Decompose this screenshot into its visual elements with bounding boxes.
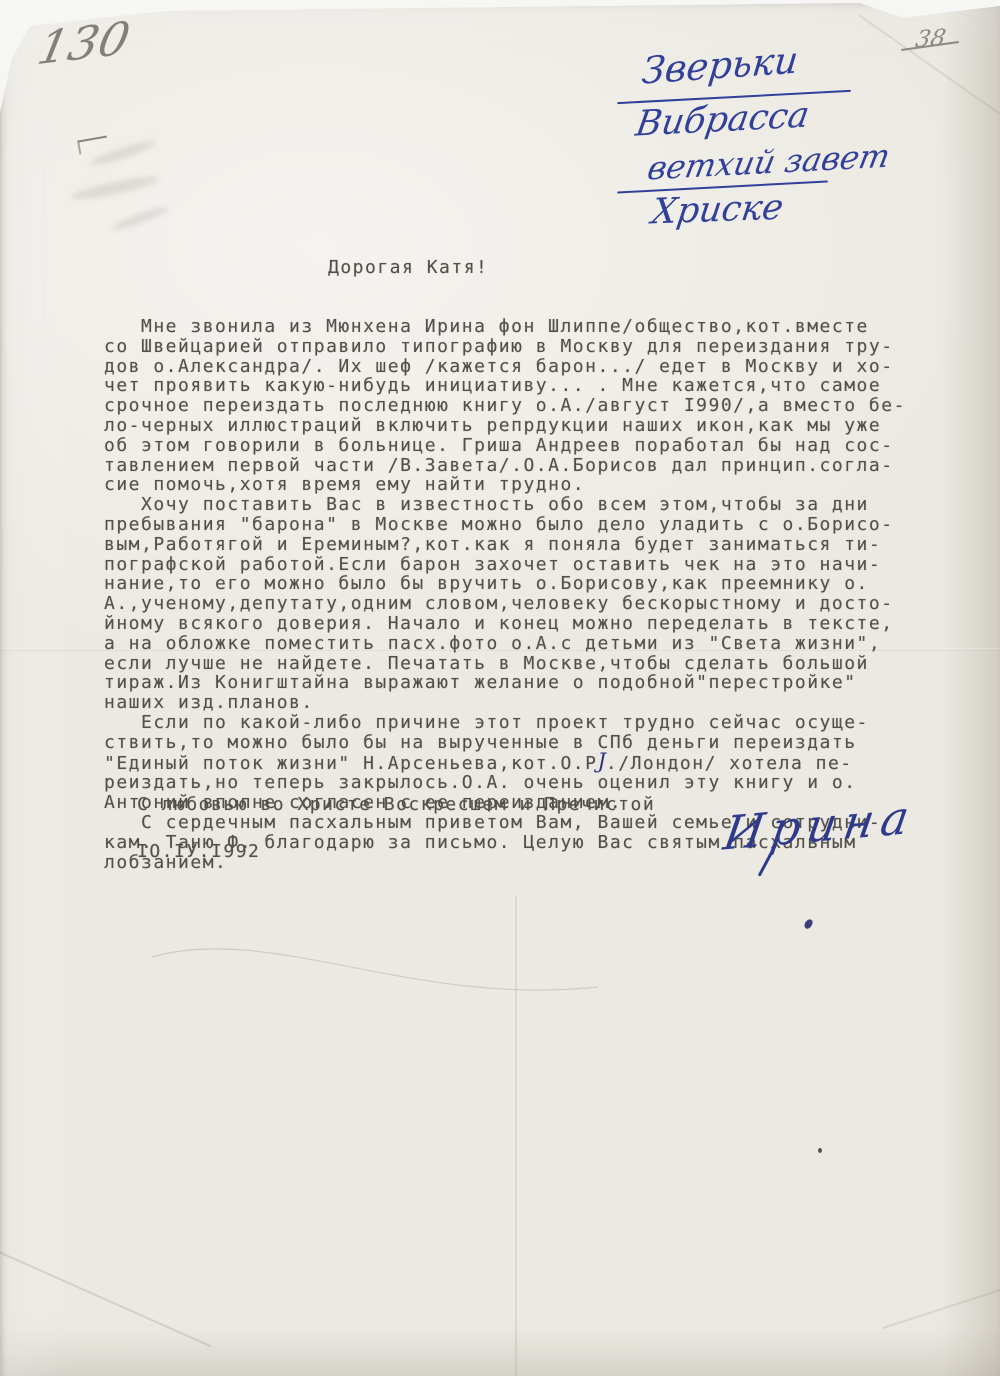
typed-line: Если по какой-либо причине этот проект т…	[104, 713, 906, 733]
crossed-out-page-number: 38	[913, 25, 947, 53]
typed-line: пребывания "барона" в Москве можно было …	[104, 515, 906, 535]
letter-lines: Мне звонила из Мюнхена Ирина фон Шлиппе/…	[104, 317, 906, 872]
typed-line: вым,Работягой и Ереминым?,кот.как я поня…	[104, 535, 906, 555]
typed-line: тавлением первой части /В.Завета/.О.А.Бо…	[104, 456, 906, 476]
typed-line: "Единый поток жизни" Н.Арсеньева,кот.О.Р…	[104, 753, 906, 774]
typed-line: реиздать,но теперь закрылось.О.А. очень …	[104, 773, 906, 793]
typed-line: А.,ученому,депутату,одним словом,человек…	[104, 594, 906, 614]
typed-line: Мне звонила из Мюнхена Ирина фон Шлиппе/…	[104, 317, 906, 337]
letter-valediction: С любовью во Христе Воскресшем и Пречист…	[104, 795, 655, 815]
letter-body: Дорогая Катя! Мне звонила из Мюнхена Ири…	[104, 218, 906, 892]
handwritten-correction-char: Ј	[597, 749, 605, 773]
typed-line: срочное переиздать последнюю книгу о.А./…	[104, 396, 906, 416]
typed-line: Хочу поставить Вас в известность обо все…	[104, 495, 906, 515]
typed-line: тираж.Из Конигштайна выражают желание о …	[104, 673, 906, 693]
typed-line: нание,то его можно было бы вручить о.Бор…	[104, 574, 906, 594]
letter-date: IO.IУ.I992	[104, 842, 260, 862]
typed-line: со Швейцарией отправило типографию в Мос…	[104, 337, 906, 357]
typed-line: если лучше не найдете. Печатать в Москве…	[104, 654, 906, 674]
typed-line: ствить,то можно было бы на вырученные в …	[104, 733, 906, 753]
letter-greeting: Дорогая Катя!	[104, 258, 906, 278]
typed-line: а на обложке поместить пасх.фото о.А.с д…	[104, 634, 906, 654]
typed-line: пографской работой.Если барон захочет ос…	[104, 555, 906, 575]
typed-line: йному всякого доверия. Начало и конец мо…	[104, 614, 906, 634]
typed-line: об этом говорили в больнице. Гриша Андре…	[104, 436, 906, 456]
typed-line: ло-черных иллюстраций включить репрдукци…	[104, 416, 906, 436]
ink-speck	[818, 1148, 822, 1153]
typed-line: дов о.Александра/. Их шеф /кажется барон…	[104, 357, 906, 377]
typed-line: чет проявить какую-нибудь инициативу... …	[104, 376, 906, 396]
typed-line: наших изд.планов.	[104, 693, 906, 713]
typed-line: сие помочь,хотя время ему найти трудно.	[104, 475, 906, 495]
scan-hairline	[150, 915, 610, 1035]
